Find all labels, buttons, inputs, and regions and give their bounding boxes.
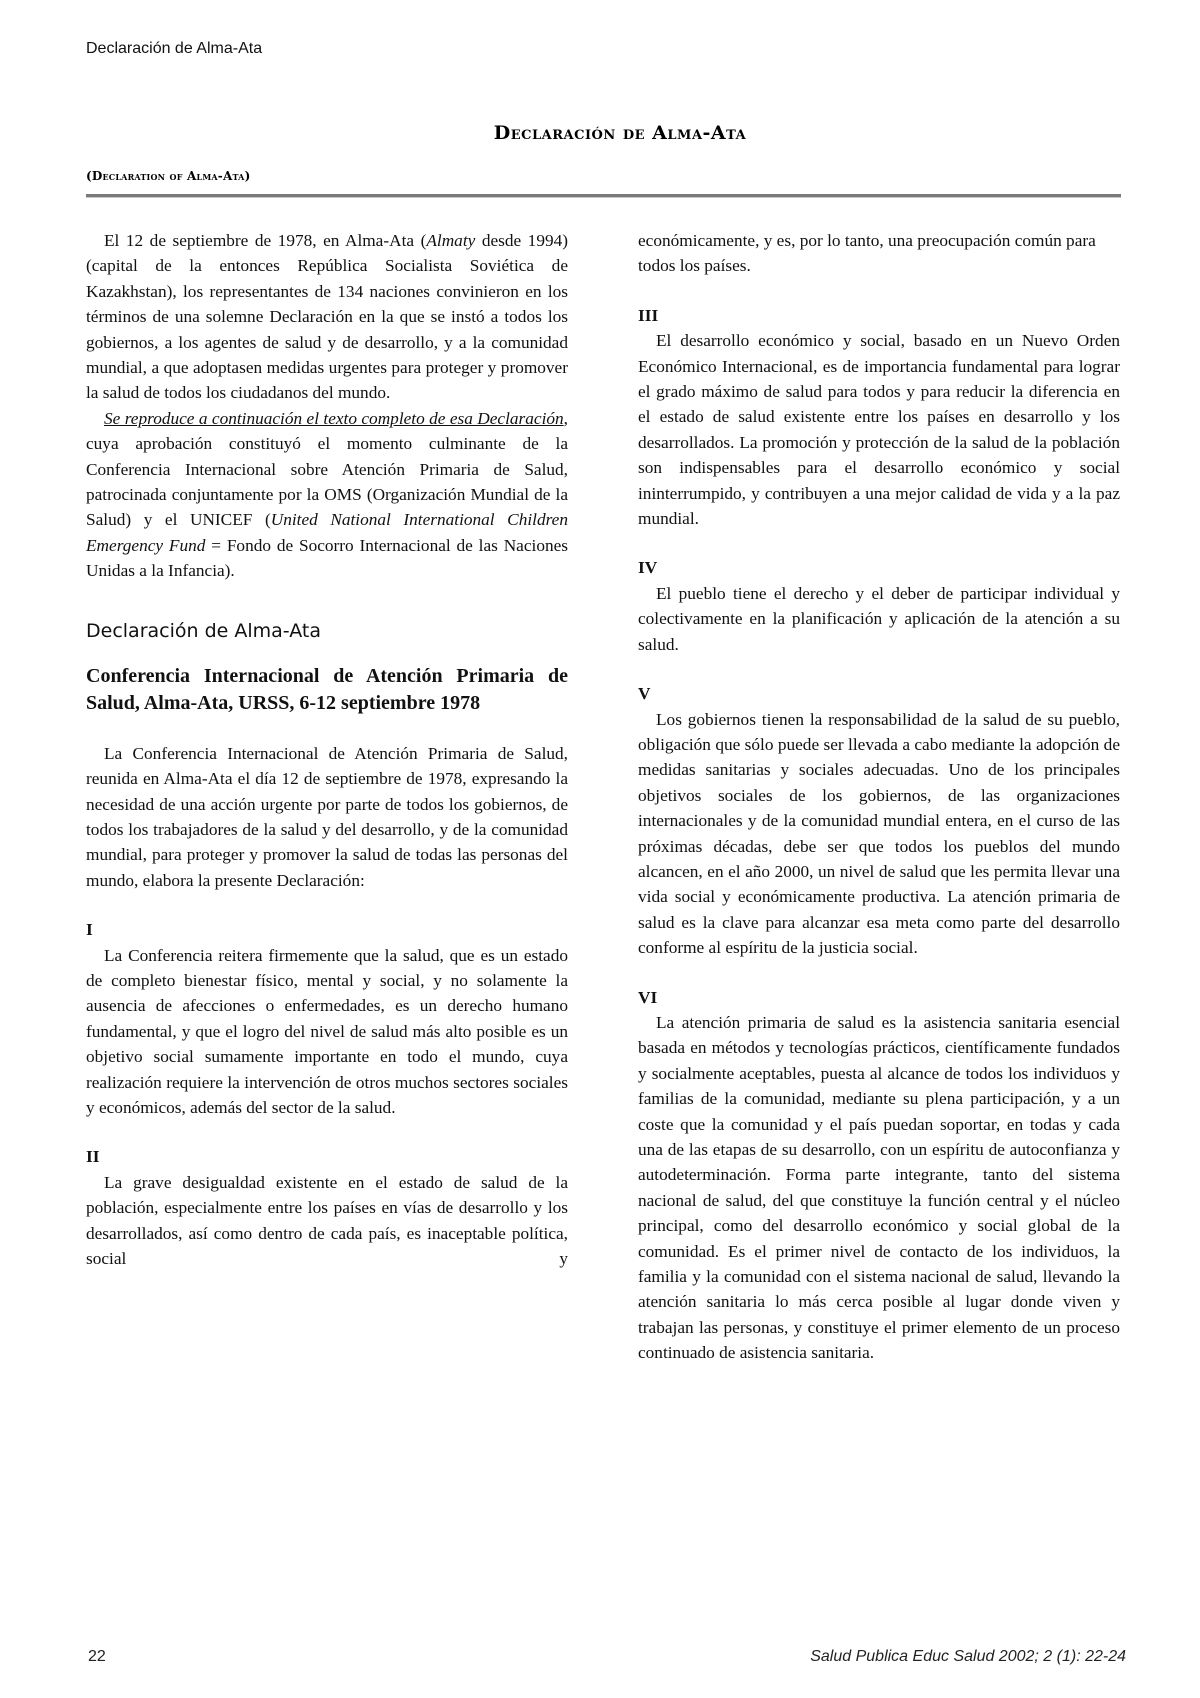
left-column: El 12 de septiembre de 1978, en Alma-Ata… — [86, 228, 568, 1271]
section-text-i: La Conferencia reitera firmemente que la… — [86, 943, 568, 1121]
section-text-v: Los gobiernos tienen la responsabilidad … — [638, 707, 1120, 961]
underlined-phrase: Se reproduce a continuación el texto com… — [104, 409, 564, 428]
section-text-iv: El pueblo tiene el derecho y el deber de… — [638, 581, 1120, 657]
section-numeral-ii: II — [86, 1144, 568, 1169]
preamble-paragraph: La Conferencia Internacional de Atención… — [86, 741, 568, 893]
page-number: 22 — [88, 1648, 106, 1666]
section-numeral-iv: IV — [638, 555, 1120, 580]
section-text-ii: La grave desigualdad existente en el est… — [86, 1170, 568, 1272]
intro-paragraph-2: Se reproduce a continuación el texto com… — [86, 406, 568, 584]
section-text-vi: La atención primaria de salud es la asis… — [638, 1010, 1120, 1366]
section-numeral-v: V — [638, 681, 1120, 706]
almaty-italic: Almaty — [426, 231, 475, 250]
journal-citation: Salud Publica Educ Salud 2002; 2 (1): 22… — [810, 1648, 1126, 1666]
conference-heading: Conferencia Internacional de Atención Pr… — [86, 663, 568, 717]
running-head: Declaración de Alma-Ata — [86, 40, 262, 58]
article-title: Declaración de Alma-Ata — [0, 122, 1200, 144]
section-numeral-i: I — [86, 917, 568, 942]
header-divider — [86, 194, 1121, 198]
right-column: económicamente, y es, por lo tanto, una … — [638, 228, 1120, 1366]
intro-paragraph-1: El 12 de septiembre de 1978, en Alma-Ata… — [86, 228, 568, 406]
article-subtitle: (Declaration of Alma-Ata) — [86, 169, 250, 183]
section-text-ii-continued: económicamente, y es, por lo tanto, una … — [638, 228, 1120, 279]
declaration-heading: Declaración de Alma-Ata — [86, 617, 568, 645]
section-numeral-vi: VI — [638, 985, 1120, 1010]
section-text-iii: El desarrollo económico y social, basado… — [638, 328, 1120, 531]
section-numeral-iii: III — [638, 303, 1120, 328]
